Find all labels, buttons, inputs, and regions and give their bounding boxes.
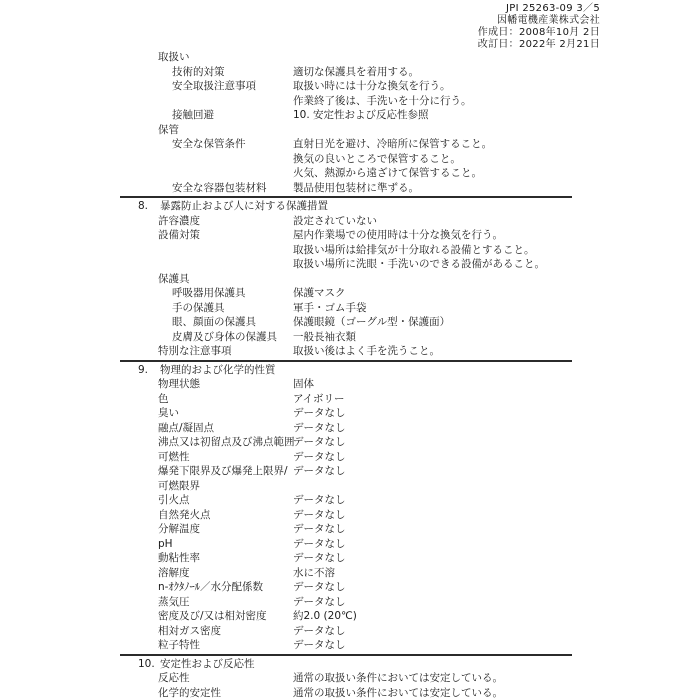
property-row: 可燃性データなし — [0, 450, 700, 465]
section-heading: 8.暴露防止および人に対する保護措置 — [0, 199, 700, 214]
property-label: 引火点 — [158, 493, 293, 508]
property-row: pHデータなし — [0, 537, 700, 552]
property-value: 適切な保護具を着用する。 — [293, 65, 419, 80]
property-label: 融点/凝固点 — [158, 421, 293, 436]
section-title: 暴露防止および人に対する保護措置 — [160, 199, 328, 214]
property-value: 作業終了後は、手洗いを十分に行う。 — [293, 94, 472, 109]
property-label: 取扱い — [158, 50, 293, 65]
property-value: 保護眼鏡（ゴーグル型・保護面） — [293, 315, 450, 330]
property-row: 臭いデータなし — [0, 406, 700, 421]
property-label: 動粘性率 — [158, 551, 293, 566]
property-row: 爆発下限界及び爆発上限界/データなし — [0, 464, 700, 479]
handling-storage: 取扱い技術的対策適切な保護具を着用する。安全取扱注意事項取扱い時には十分な換気を… — [0, 50, 700, 195]
property-value: 直射日光を避け、冷暗所に保管すること。 — [293, 137, 492, 152]
property-label: 皮膚及び身体の保護具 — [172, 330, 293, 345]
property-row: 沸点又は初留点及び沸点範囲データなし — [0, 435, 700, 450]
property-value: データなし — [293, 435, 346, 450]
property-row: 安全な保管条件直射日光を避け、冷暗所に保管すること。 — [0, 137, 700, 152]
property-row: 可燃限界 — [0, 479, 700, 494]
property-row: 技術的対策適切な保護具を着用する。 — [0, 65, 700, 80]
section-8: 8.暴露防止および人に対する保護措置許容濃度設定されていない設備対策屋内作業場で… — [0, 196, 700, 359]
property-label — [158, 243, 293, 258]
property-value: 製品使用包装材に準ずる。 — [293, 181, 419, 196]
sds-page: JPI 25263-09 3／5 因幡電機産業株式会社 作成日：2008年10月… — [0, 0, 700, 700]
property-value: 取扱い後はよく手を洗うこと。 — [293, 344, 440, 359]
section-divider — [120, 360, 572, 362]
property-value: 取扱い場所は給排気が十分取れる設備とすること。 — [293, 243, 535, 258]
property-row: 設備対策屋内作業場での使用時は十分な換気を行う。 — [0, 228, 700, 243]
section-divider — [120, 654, 572, 656]
doc-number: JPI 25263-09 3／5 — [478, 3, 600, 15]
section-number: 8. — [138, 199, 160, 214]
property-value: データなし — [293, 421, 346, 436]
property-row: 化学的安定性通常の取扱い条件においては安定している。 — [0, 686, 700, 700]
property-value: 通常の取扱い条件においては安定している。 — [293, 686, 503, 700]
property-row: 取扱い場所は給排気が十分取れる設備とすること。 — [0, 243, 700, 258]
property-row: 溶解度水に不溶 — [0, 566, 700, 581]
section-10: 10.安定性および反応性反応性通常の取扱い条件においては安定している。化学的安定… — [0, 654, 700, 700]
property-value: 保護マスク — [293, 286, 346, 301]
property-value: 設定されていない — [293, 214, 377, 229]
property-label: 密度及び/又は相対密度 — [158, 609, 293, 624]
property-value: データなし — [293, 595, 346, 610]
property-value: 約2.0 (20℃) — [293, 609, 357, 624]
document-body: 取扱い技術的対策適切な保護具を着用する。安全取扱注意事項取扱い時には十分な換気を… — [0, 50, 700, 700]
property-row: 分解温度データなし — [0, 522, 700, 537]
property-value: データなし — [293, 537, 346, 552]
property-label — [172, 166, 293, 181]
property-label: 安全な保管条件 — [172, 137, 293, 152]
property-value: 固体 — [293, 377, 314, 392]
property-value: データなし — [293, 493, 346, 508]
property-row: 取扱い — [0, 50, 700, 65]
property-row: 反応性通常の取扱い条件においては安定している。 — [0, 671, 700, 686]
property-label: 化学的安定性 — [158, 686, 293, 700]
section-title: 安定性および反応性 — [160, 657, 255, 672]
property-label: 物理状態 — [158, 377, 293, 392]
property-label: 臭い — [158, 406, 293, 421]
property-value: データなし — [293, 464, 346, 479]
section-number: 9. — [138, 363, 160, 378]
property-label: 蒸気圧 — [158, 595, 293, 610]
property-row: 保管 — [0, 123, 700, 138]
property-row: 相対ガス密度データなし — [0, 624, 700, 639]
company-name: 因幡電機産業株式会社 — [478, 15, 600, 27]
document-header: JPI 25263-09 3／5 因幡電機産業株式会社 作成日：2008年10月… — [478, 3, 600, 51]
created-date: 作成日：2008年10月 2日 — [478, 27, 600, 39]
section-divider — [120, 196, 572, 198]
property-value: 水に不溶 — [293, 566, 335, 581]
property-value: データなし — [293, 624, 346, 639]
property-value: 換気の良いところで保管すること。 — [293, 152, 461, 167]
property-label: 爆発下限界及び爆発上限界/ — [158, 464, 293, 479]
property-label: 接触回避 — [172, 108, 293, 123]
property-value: 10. 安定性および反応性参照 — [293, 108, 429, 123]
property-label: 安全取扱注意事項 — [172, 79, 293, 94]
property-row: 接触回避10. 安定性および反応性参照 — [0, 108, 700, 123]
property-value: 屋内作業場での使用時は十分な換気を行う。 — [293, 228, 503, 243]
property-row: 融点/凝固点データなし — [0, 421, 700, 436]
property-label: 反応性 — [158, 671, 293, 686]
property-value: データなし — [293, 406, 346, 421]
section-9: 9.物理的および化学的性質物理状態固体色アイボリー臭いデータなし融点/凝固点デー… — [0, 360, 700, 653]
property-label: 沸点又は初留点及び沸点範囲 — [158, 435, 293, 450]
property-label: n-ｵｸﾀﾉｰﾙ／水分配係数 — [158, 580, 293, 595]
property-label: 特別な注意事項 — [158, 344, 293, 359]
property-value: 火気、熱源から遠ざけて保管すること。 — [293, 166, 482, 181]
property-value: データなし — [293, 551, 346, 566]
property-label: 技術的対策 — [172, 65, 293, 80]
property-label: 自然発火点 — [158, 508, 293, 523]
property-row: 自然発火点データなし — [0, 508, 700, 523]
property-row: 蒸気圧データなし — [0, 595, 700, 610]
property-row: 眼、顔面の保護具保護眼鏡（ゴーグル型・保護面） — [0, 315, 700, 330]
property-row: 密度及び/又は相対密度約2.0 (20℃) — [0, 609, 700, 624]
property-row: 許容濃度設定されていない — [0, 214, 700, 229]
section-title: 物理的および化学的性質 — [160, 363, 276, 378]
property-row: n-ｵｸﾀﾉｰﾙ／水分配係数データなし — [0, 580, 700, 595]
property-label: 可燃性 — [158, 450, 293, 465]
section-number: 10. — [138, 657, 160, 672]
property-row: 物理状態固体 — [0, 377, 700, 392]
property-row: 取扱い場所に洗眼・手洗いのできる設備があること。 — [0, 257, 700, 272]
property-value: 一般長袖衣類 — [293, 330, 356, 345]
property-value: データなし — [293, 580, 346, 595]
property-label: 呼吸器用保護具 — [172, 286, 293, 301]
property-value: 取扱い時には十分な換気を行う。 — [293, 79, 451, 94]
property-value: アイボリー — [293, 392, 345, 407]
property-label: 保護具 — [158, 272, 293, 287]
property-label: 可燃限界 — [158, 479, 293, 494]
property-row: 呼吸器用保護具保護マスク — [0, 286, 700, 301]
property-row: 作業終了後は、手洗いを十分に行う。 — [0, 94, 700, 109]
property-row: 安全取扱注意事項取扱い時には十分な換気を行う。 — [0, 79, 700, 94]
property-label: 手の保護具 — [172, 301, 293, 316]
property-value: データなし — [293, 450, 346, 465]
property-value: データなし — [293, 522, 346, 537]
property-value: データなし — [293, 638, 346, 653]
property-label: 許容濃度 — [158, 214, 293, 229]
property-label: 保管 — [158, 123, 293, 138]
property-row: 保護具 — [0, 272, 700, 287]
property-row: 火気、熱源から遠ざけて保管すること。 — [0, 166, 700, 181]
property-label: 粒子特性 — [158, 638, 293, 653]
property-label: 設備対策 — [158, 228, 293, 243]
property-row: 手の保護具軍手・ゴム手袋 — [0, 301, 700, 316]
property-label: 眼、顔面の保護具 — [172, 315, 293, 330]
property-value: 取扱い場所に洗眼・手洗いのできる設備があること。 — [293, 257, 545, 272]
property-row: 動粘性率データなし — [0, 551, 700, 566]
property-label: 溶解度 — [158, 566, 293, 581]
section-heading: 9.物理的および化学的性質 — [0, 363, 700, 378]
property-label: 分解温度 — [158, 522, 293, 537]
property-label — [172, 152, 293, 167]
property-row: 色アイボリー — [0, 392, 700, 407]
property-label: 安全な容器包装材料 — [172, 181, 293, 196]
property-value: データなし — [293, 508, 346, 523]
property-label: 色 — [158, 392, 293, 407]
property-label: pH — [158, 537, 293, 552]
property-label — [158, 257, 293, 272]
property-row: 換気の良いところで保管すること。 — [0, 152, 700, 167]
property-row: 引火点データなし — [0, 493, 700, 508]
property-row: 安全な容器包装材料製品使用包装材に準ずる。 — [0, 181, 700, 196]
section-heading: 10.安定性および反応性 — [0, 657, 700, 672]
property-row: 特別な注意事項取扱い後はよく手を洗うこと。 — [0, 344, 700, 359]
property-label: 相対ガス密度 — [158, 624, 293, 639]
property-row: 粒子特性データなし — [0, 638, 700, 653]
property-label — [172, 94, 293, 109]
property-value: 軍手・ゴム手袋 — [293, 301, 367, 316]
property-row: 皮膚及び身体の保護具一般長袖衣類 — [0, 330, 700, 345]
property-value: 通常の取扱い条件においては安定している。 — [293, 671, 503, 686]
